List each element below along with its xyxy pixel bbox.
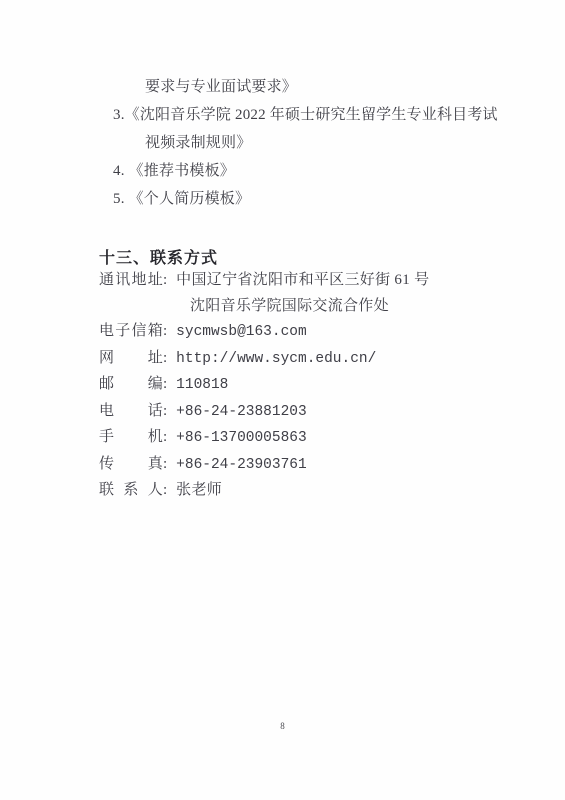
contact-value-fax: +86-24-23903761	[176, 457, 307, 473]
contact-row-person: 联 系 人:张老师	[99, 478, 429, 504]
attachment-list: 要求与专业面试要求》 3.《沈阳音乐学院 2022 年硕士研究生留学生专业科目考…	[113, 73, 498, 213]
contact-row-postcode: 邮 编:110818	[99, 372, 429, 399]
contact-section-heading: 十三、联系方式	[99, 245, 218, 268]
contact-row-address-line2: 沈阳音乐学院国际交流合作处	[99, 294, 429, 320]
contact-value-postcode: 110818	[176, 377, 228, 393]
contact-row-fax: 传 真:+86-24-23903761	[99, 452, 429, 479]
contact-value-phone: +86-24-23881203	[176, 404, 307, 420]
contact-label-address: 通讯地址	[99, 268, 163, 294]
contact-value-address-line1: 中国辽宁省沈阳市和平区三好街 61 号	[176, 272, 429, 288]
contact-label-website: 网 址	[99, 346, 163, 372]
contact-value-website: http://www.sycm.edu.cn/	[176, 351, 376, 367]
label-colon: :	[163, 399, 167, 425]
label-colon: :	[163, 478, 167, 504]
contact-label-email: 电子信箱	[99, 319, 163, 345]
label-colon: :	[163, 452, 167, 478]
page-number: 8	[0, 721, 565, 731]
list-item-4: 4. 《推荐书模板》	[113, 157, 498, 185]
contact-value-email: sycmwsb@163.com	[176, 324, 307, 340]
contact-row-email: 电子信箱:sycmwsb@163.com	[99, 319, 429, 346]
contact-label-postcode: 邮 编	[99, 372, 163, 398]
contact-value-address-line2: 沈阳音乐学院国际交流合作处	[190, 298, 389, 314]
contact-row-mobile: 手 机:+86-13700005863	[99, 425, 429, 452]
contact-value-mobile: +86-13700005863	[176, 430, 307, 446]
label-colon: :	[163, 319, 167, 345]
label-colon: :	[163, 346, 167, 372]
document-page: 要求与专业面试要求》 3.《沈阳音乐学院 2022 年硕士研究生留学生专业科目考…	[0, 0, 565, 800]
contact-label-person: 联 系 人	[99, 478, 163, 504]
list-item-2-continuation: 要求与专业面试要求》	[113, 73, 498, 101]
contact-row-website: 网 址:http://www.sycm.edu.cn/	[99, 346, 429, 373]
list-item-3-line1: 3.《沈阳音乐学院 2022 年硕士研究生留学生专业科目考试	[113, 101, 498, 129]
list-item-5: 5. 《个人简历模板》	[113, 185, 498, 213]
contact-row-phone: 电 话:+86-24-23881203	[99, 399, 429, 426]
label-colon: :	[163, 372, 167, 398]
contact-row-address: 通讯地址:中国辽宁省沈阳市和平区三好街 61 号	[99, 268, 429, 294]
contact-label-phone: 电 话	[99, 399, 163, 425]
label-colon: :	[163, 425, 167, 451]
list-item-3-line2: 视频录制规则》	[113, 129, 498, 157]
label-colon: :	[163, 268, 167, 294]
contact-value-person: 张老师	[176, 482, 222, 498]
contact-label-fax: 传 真	[99, 452, 163, 478]
contact-label-mobile: 手 机	[99, 425, 163, 451]
contact-info: 通讯地址:中国辽宁省沈阳市和平区三好街 61 号 沈阳音乐学院国际交流合作处 电…	[99, 268, 429, 504]
